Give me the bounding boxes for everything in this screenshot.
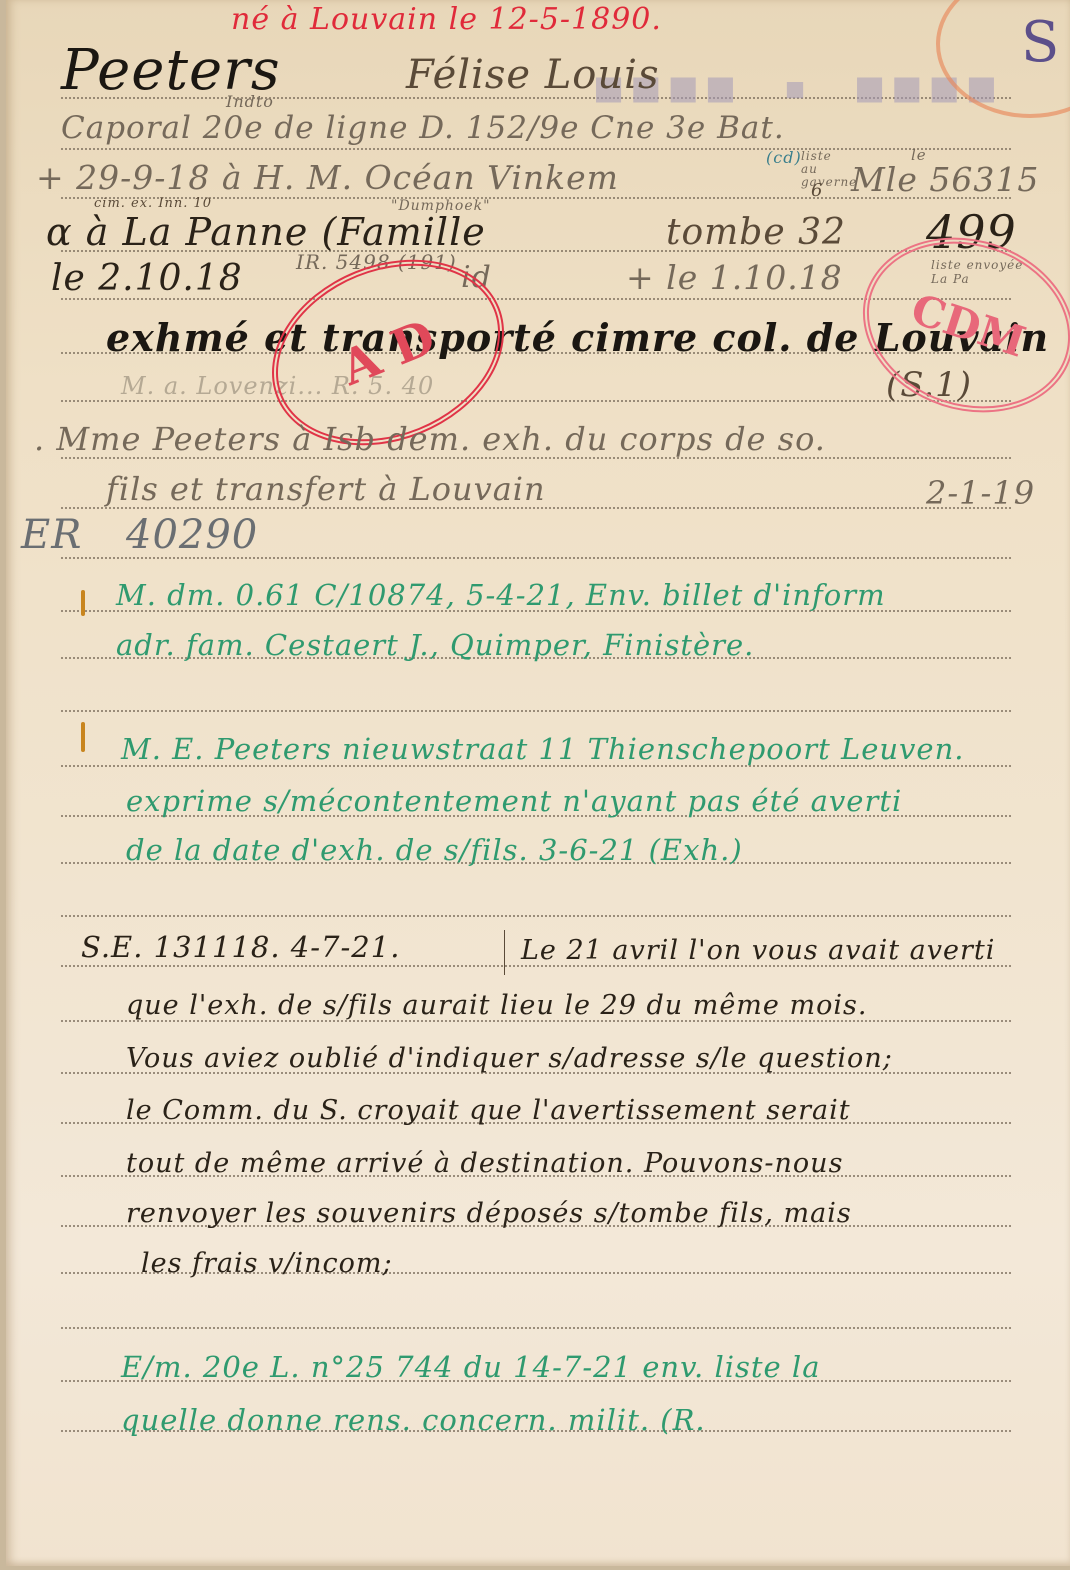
margin-tick [81, 722, 85, 752]
ad-stamp-text: A D [333, 309, 443, 397]
reply-line-1: Le 21 avril l'on vous avait averti [521, 935, 995, 966]
request-date: 2-1-19 [926, 474, 1035, 512]
reply-line-5: tout de même arrivé à destination. Pouvo… [126, 1148, 843, 1179]
green-note-2-line-3: de la date d'exh. de s/fils. 3-6-21 (Exh… [126, 833, 743, 867]
burial-superscript: cim. ex. Inn. 10 [94, 196, 212, 211]
green-note-2-line-2: exprime s/mécontentement n'ayant pas été… [126, 784, 902, 818]
reply-line-6: renvoyer les souvenirs déposés s/tombe f… [126, 1198, 852, 1229]
reply-reference: S.E. 131118. 4-7-21. [81, 930, 400, 964]
birth-note: né à Louvain le 12-5-1890. [231, 2, 662, 37]
corner-mark: S [1021, 10, 1060, 75]
reply-line-4: le Comm. du S. croyait que l'avertisseme… [126, 1095, 851, 1126]
burial-date: le 2.10.18 [51, 258, 243, 299]
ruled-line [61, 400, 1011, 402]
death-line: + 29-9-18 à H. M. Océan Vinkem [36, 158, 619, 197]
reply-line-3: Vous aviez oublié d'indiquer s/adresse s… [126, 1043, 893, 1074]
ruled-line [61, 1327, 1011, 1329]
reply-divider [504, 930, 505, 975]
request-line-2: fils et transfert à Louvain [106, 470, 546, 508]
tombe-fraction: 6 [811, 180, 823, 201]
given-names: Félise Louis [406, 52, 659, 98]
er-label: ER [21, 512, 82, 558]
green-note-2-line-1: M. E. Peeters nieuwstraat 11 Thienschepo… [121, 732, 965, 766]
cd-annotation: (cd) [766, 148, 802, 167]
green-note-1-line-2: adr. fam. Cestaert J., Quimper, Finistèr… [116, 628, 754, 662]
rank-line: Caporal 20e de ligne D. 152/9e Cne 3e Ba… [61, 110, 785, 146]
request-line-1: . Mme Peeters à Isb dem. exh. du corps d… [34, 420, 826, 458]
reply-line-7: les frais v/incom; [141, 1248, 393, 1279]
ruled-line [61, 710, 1011, 712]
cdm-stamp: CDM [840, 211, 1070, 439]
green-note-3-line-2: quelle donne rens. concern. milit. (R. [121, 1403, 706, 1437]
er-number: 40290 [126, 512, 258, 558]
green-note-3-line-1: E/m. 20e L. n°25 744 du 14-7-21 env. lis… [121, 1350, 821, 1384]
ruled-line [61, 915, 1011, 917]
list-number: Mle 56315 [851, 160, 1039, 199]
margin-tick [81, 590, 85, 616]
cdm-stamp-text: CDM [906, 284, 1032, 367]
rank-superscript: Indto [226, 92, 274, 111]
reply-line-2: que l'exh. de s/fils aurait lieu le 29 d… [126, 990, 867, 1021]
death-date-right: + le 1.10.18 [626, 258, 843, 297]
tombe-label: tombe 32 [666, 212, 846, 253]
archive-record-card: ■■■■ ▪ ■■■■ S né à Louvain le 12-5-1890.… [6, 0, 1070, 1566]
burial-line: α à La Panne (Famille [46, 210, 486, 254]
green-note-1-line-1: M. dm. 0.61 C/10874, 5-4-21, Env. billet… [116, 578, 886, 612]
ruled-line [61, 148, 1011, 150]
